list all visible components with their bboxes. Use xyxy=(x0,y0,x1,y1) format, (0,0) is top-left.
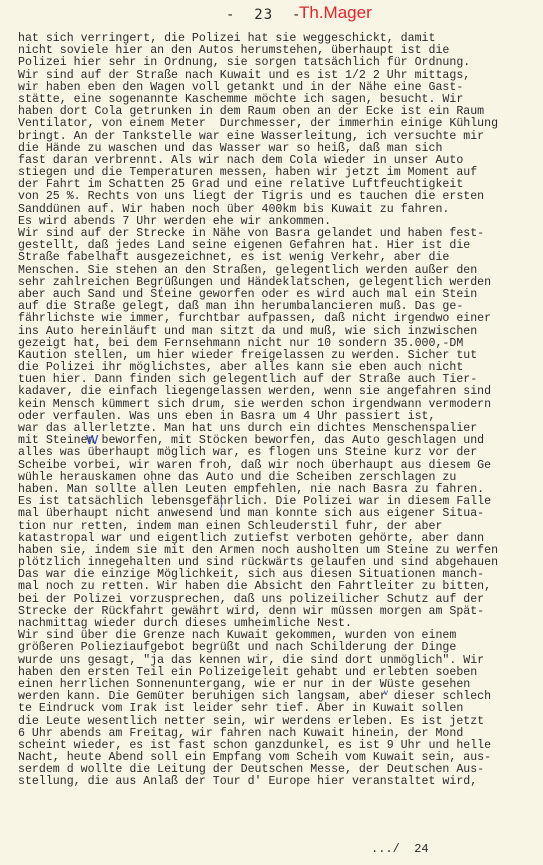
pen-letter-w-mark: W xyxy=(86,435,98,445)
text-line: Scheibe vorbei, wir waren froh, daß wir … xyxy=(18,460,543,472)
text-line: te Eindruck vom Irak ist leider sehr tie… xyxy=(18,703,543,715)
text-line: kadaver, die einfach liegengelassen werd… xyxy=(18,386,543,398)
pen-quote-mark: v xyxy=(384,688,388,698)
pen-comma-mark: , xyxy=(151,475,154,485)
text-line: größeren Poliezіaufgebot begrüßt und nac… xyxy=(18,642,543,654)
text-line: Sanddünen auf. Wir haben noch über 400km… xyxy=(18,204,543,216)
continuation-marker: .../ 24 xyxy=(371,842,429,856)
text-line: stellung, die aus Anlaß der Tour d' Euro… xyxy=(18,776,543,788)
text-line: kein Mensch kümmert sich drum, sie werde… xyxy=(18,399,543,411)
text-line: bringt. An der Tankstelle war eine Wasse… xyxy=(18,131,543,143)
page-header: - 23 - Th.Mager xyxy=(0,3,543,29)
text-line: tion nur retten, indem man einen Schleud… xyxy=(18,521,543,533)
text-line: Wir sind auf der Straße nach Kuwait und … xyxy=(18,70,543,82)
pen-comma-mark: , xyxy=(87,566,90,576)
text-line: Menschen. Sie stehen an den Straßen, gel… xyxy=(18,265,543,277)
text-line: ins Auto hereinläuft und man sitzt da un… xyxy=(18,326,543,338)
author-label: Th.Mager xyxy=(299,3,372,23)
text-line: alles was überhaupt möglich war, es flog… xyxy=(18,447,543,459)
typewritten-body: hat sich verringert, die Polizei hat sie… xyxy=(18,33,543,789)
document-page: - 23 - Th.Mager hat sich verringert, die… xyxy=(0,0,543,865)
text-line: bei der Polizei vorzusprechen, daß uns p… xyxy=(18,594,543,606)
pen-comma-mark: , xyxy=(160,281,163,291)
pen-comma-mark: / xyxy=(220,503,223,513)
text-line: wurde uns gesagt, "ja das kennen wir, di… xyxy=(18,655,543,667)
text-line: Ventilator, von einem Meter Durchmesser,… xyxy=(18,118,543,130)
text-line: mal noch zu retten. Wir haben die Absich… xyxy=(18,581,543,593)
text-line: Straße fabelhaft ausgezeichnet, es ist w… xyxy=(18,252,543,264)
text-line: fährlichste wie immer, furchtbar aufpass… xyxy=(18,313,543,325)
text-line: mal überhaupt nicht anwesend und man kon… xyxy=(18,508,543,520)
text-line: von 25 %. Rechts von uns liegt der Tigri… xyxy=(18,191,543,203)
text-line: die Leute wesentlich netter sein, wir we… xyxy=(18,716,543,728)
text-line: Polizei hier sehr in Ordnung, sie sorgen… xyxy=(18,57,543,69)
page-number: - 23 - xyxy=(226,7,301,23)
